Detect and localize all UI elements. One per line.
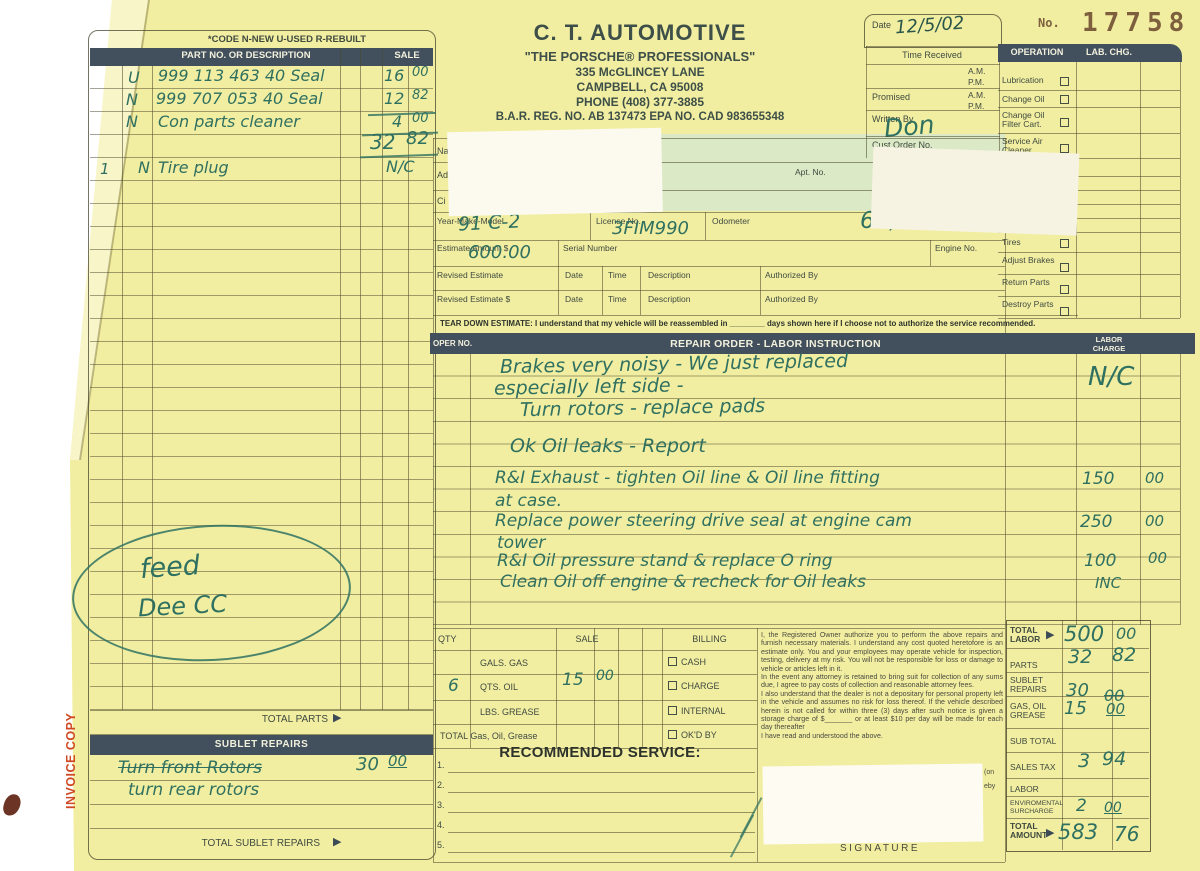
meta-line — [866, 136, 1000, 137]
license-value: 3FIM990 — [612, 218, 689, 239]
total-sublet-label: TOTAL SUBLET REPAIRS — [120, 838, 320, 849]
part-row-desc: 999 113 463 40 Seal — [158, 66, 325, 85]
gas-line — [433, 700, 757, 701]
totals-line — [1006, 818, 1149, 819]
arrow-icon: ▶ — [1046, 826, 1054, 839]
gas-row-item: LBS. GREASE — [480, 707, 540, 717]
repair-line-amount: 150 — [1082, 469, 1114, 489]
revised2-label: Revised Estimate $ — [437, 294, 510, 304]
operation-item: Change Oil Filter Cart. — [1002, 111, 1058, 128]
recommended-line-number: 4. — [437, 820, 445, 830]
terms-left-border — [757, 628, 758, 862]
repair-line-text: R&I Oil pressure stand & replace O ring — [497, 551, 833, 571]
date-col-label: Date — [565, 294, 583, 304]
totals-label-line: ENVIROMENTAL — [1010, 800, 1063, 807]
recommended-line — [448, 852, 755, 853]
customer-line — [433, 315, 1078, 316]
sublet-row-cents: 00 — [388, 752, 407, 770]
customer-line — [558, 240, 559, 266]
operation-grid-line — [998, 133, 1180, 134]
ink-stain — [1, 792, 22, 817]
repair-grid-line — [1140, 354, 1141, 625]
annotation-text-2: Dee CC — [137, 590, 227, 623]
part-row-desc: Con parts cleaner — [158, 112, 300, 131]
company-registration: B.A.R. REG. NO. AB 137473 EPA NO. CAD 98… — [400, 111, 880, 123]
operation-item: Tires — [1002, 238, 1058, 247]
billing-option-label: OK'D BY — [681, 730, 717, 740]
repair-line-amount: N/C — [1088, 362, 1134, 392]
customer-line — [602, 266, 603, 315]
terms-paragraph: I also understand that the dealer is not… — [761, 690, 1003, 732]
totals-label: SUBLETREPAIRS — [1010, 676, 1047, 694]
time-received-label: Time Received — [866, 50, 998, 60]
odometer-label: Odometer — [712, 216, 750, 226]
recommended-line-number: 2. — [437, 780, 445, 790]
recommended-line-number: 1. — [437, 760, 445, 770]
recommended-line — [448, 812, 755, 813]
recommended-line-number: 5. — [437, 840, 445, 850]
gas-line — [662, 628, 663, 748]
repair-line-text: R&I Exhaust - tighten Oil line & Oil lin… — [495, 468, 880, 488]
gas-row-qty: 6 — [448, 676, 459, 696]
repair-grid-line — [1076, 354, 1077, 625]
part-row-cents: 82 — [412, 88, 429, 103]
parts-header-desc: PART NO. OR DESCRIPTION — [152, 50, 340, 61]
totals-cents: 00 — [1106, 700, 1125, 718]
totals-label-line: AMOUNT — [1010, 830, 1047, 840]
invoice-number-prefix: No. — [1038, 16, 1060, 30]
operation-grid-line — [1180, 62, 1181, 318]
customer-line — [433, 290, 1005, 291]
arrow-icon: ▶ — [1046, 628, 1054, 641]
part-row-dollars: 12 — [384, 89, 404, 108]
scanned-invoice-page: *CODE N-NEW U-USED R-REBUILT PART NO. OR… — [0, 0, 1200, 871]
lab-chg-header-label: LAB. CHG. — [1078, 47, 1140, 57]
checkbox-icon — [668, 730, 677, 739]
totals-label-line: REPAIRS — [1010, 684, 1047, 694]
repair-line-text: Turn rotors - replace pads — [520, 395, 765, 421]
part-row-code: N — [126, 90, 138, 109]
totals-dollars: 500 — [1064, 622, 1104, 646]
gas-line — [433, 724, 757, 725]
billing-option-label: CASH — [681, 657, 706, 667]
repair-line-amount: INC — [1095, 574, 1121, 592]
terms-fragment: eby — [984, 783, 995, 790]
part-row-dollars: 16 — [384, 66, 404, 85]
estimate-value: 600.00 — [468, 242, 531, 263]
totals-label-line: SURCHARGE — [1010, 808, 1053, 815]
part-row-code: N — [126, 112, 138, 131]
labor-charge-label-2: CHARGE — [1080, 344, 1138, 353]
operation-header-label: OPERATION — [1000, 47, 1074, 57]
operation-grid-line — [998, 274, 1180, 275]
invoice-number: 17758 — [1082, 8, 1190, 38]
meta-line — [866, 88, 1000, 89]
totals-cents: 82 — [1112, 644, 1136, 666]
totals-line — [1006, 672, 1149, 673]
white-overlay-name-block — [447, 128, 663, 216]
totals-line — [1062, 620, 1063, 850]
parts-code-legend: *CODE N-NEW U-USED R-REBUILT — [140, 34, 434, 45]
part-row-dollars: N/C — [386, 157, 415, 176]
meta-line — [866, 46, 1000, 47]
part-row-qty: 1 — [100, 160, 110, 178]
gas-line — [433, 650, 757, 651]
apt-label: Apt. No. — [795, 167, 826, 177]
totals-dollars: 2 — [1076, 796, 1087, 816]
totals-cents: 00 — [1104, 800, 1122, 816]
checkbox-icon — [1060, 144, 1069, 153]
totals-dollars: 583 — [1058, 820, 1098, 844]
customer-line — [760, 266, 761, 315]
grid-line — [90, 828, 433, 829]
am-label: A.M. — [968, 66, 985, 76]
totals-label: SALES TAX — [1010, 762, 1056, 772]
repair-oper-no-label: OPER NO. — [433, 339, 473, 348]
operation-item: Change Oil — [1002, 95, 1058, 104]
part-row-desc: Tire plug — [158, 158, 229, 177]
repair-line-cents: 00 — [1145, 512, 1164, 530]
checkbox-icon — [1060, 118, 1069, 127]
part-row-desc: 999 707 053 40 Seal — [156, 89, 323, 108]
company-address: 335 McGLINCEY LANE — [440, 65, 840, 79]
parts-grid-line — [360, 48, 361, 710]
repair-title: REPAIR ORDER - LABOR INSTRUCTION — [478, 338, 1073, 350]
parts-subtotal-dollars: 32 — [370, 130, 395, 154]
customer-line — [930, 240, 931, 266]
gas-row-item: GALS. GAS — [480, 658, 528, 668]
operation-grid-line — [998, 107, 1180, 108]
billing-option: INTERNAL — [668, 706, 726, 716]
date-label: Date — [872, 20, 891, 30]
sublet-row-desc: turn rear rotors — [128, 780, 259, 800]
repair-line-text: tower — [497, 533, 545, 553]
totals-dollars: 3 — [1078, 750, 1090, 772]
gas-row-item: TOTAL Gas, Oil, Grease — [440, 731, 537, 741]
am-label: A.M. — [968, 90, 985, 100]
parts-subtotal-cents: 82 — [406, 128, 429, 149]
totals-label: GAS, OILGREASE — [1010, 702, 1046, 720]
invoice-copy-label: INVOICE COPY — [64, 684, 80, 809]
repair-line-text: Replace power steering drive seal at eng… — [495, 511, 912, 531]
operation-item: Destroy Parts — [1002, 300, 1058, 309]
operation-grid-line — [998, 296, 1180, 297]
checkbox-icon — [1060, 285, 1069, 294]
customer-line — [433, 266, 1005, 267]
meta-line — [866, 46, 867, 158]
serial-label: Serial Number — [563, 243, 617, 253]
arrow-icon: ▶ — [333, 835, 341, 848]
billing-option-label: INTERNAL — [681, 706, 726, 716]
sublet-row-dollars: 30 — [356, 754, 379, 775]
repair-grid-line — [470, 354, 471, 625]
labor-charge-label-1: LABOR — [1080, 335, 1138, 344]
totals-label: SUB TOTAL — [1010, 736, 1056, 746]
address-label: Ad — [437, 170, 448, 180]
recommended-line — [448, 772, 755, 773]
teardown-text: TEAR DOWN ESTIMATE: I understand that my… — [440, 319, 1080, 328]
terms-paragraph: I, the Registered Owner authorize you to… — [761, 631, 1003, 673]
time-col-label: Time — [608, 294, 627, 304]
white-overlay-operation-block — [871, 146, 1080, 235]
gas-row-item: QTS. OIL — [480, 682, 518, 692]
gas-line — [594, 628, 595, 748]
grid-line — [90, 710, 433, 711]
repair-line-text: Clean Oil off engine & recheck for Oil l… — [500, 572, 866, 592]
checkbox-icon — [1060, 239, 1069, 248]
customer-line — [590, 212, 591, 240]
terms-fragment: (on — [984, 769, 994, 776]
company-phone: PHONE (408) 377-3885 — [440, 95, 840, 109]
recommended-title: RECOMMENDED SERVICE: — [445, 744, 755, 761]
meta-line — [866, 64, 1000, 65]
time-col-label: Time — [608, 270, 627, 280]
billing-option: CHARGE — [668, 681, 720, 691]
arrow-icon: ▶ — [333, 711, 341, 724]
parts-header-sale: SALE — [382, 50, 432, 61]
billing-option-label: CHARGE — [681, 681, 720, 691]
repair-line-cents: 00 — [1145, 469, 1164, 487]
gas-line — [618, 628, 619, 748]
date-col-label: Date — [565, 270, 583, 280]
checkbox-icon — [668, 706, 677, 715]
recommended-line — [448, 832, 755, 833]
totals-label-line: GREASE — [1010, 710, 1045, 720]
operation-grid-line — [998, 252, 1180, 253]
description-col-label: Description — [648, 270, 691, 280]
billing-option: CASH — [668, 657, 706, 667]
customer-line — [705, 212, 706, 240]
repair-grid-line — [1180, 354, 1181, 625]
gas-header-billing: BILLING — [662, 634, 757, 644]
gas-line — [433, 628, 1005, 629]
city-label: Ci — [437, 196, 446, 206]
section-bottom-line — [433, 862, 1005, 863]
engine-label: Engine No. — [935, 243, 977, 253]
recommended-line — [448, 792, 755, 793]
terms-paragraph: In the event any attorney is retained to… — [761, 673, 1003, 690]
totals-cents: 94 — [1102, 748, 1126, 770]
totals-label-line: LABOR — [1010, 634, 1040, 644]
sublet-header-band: SUBLET REPAIRS — [90, 735, 433, 755]
checkbox-icon — [1060, 77, 1069, 86]
billing-option: OK'D BY — [668, 730, 717, 740]
gas-line — [556, 628, 557, 748]
revised-label: Revised Estimate — [437, 270, 503, 280]
promised-label: Promised — [872, 92, 910, 102]
company-city: CAMPBELL, CA 95008 — [440, 80, 840, 94]
meta-line — [999, 46, 1000, 158]
gas-row-cents: 00 — [596, 668, 614, 684]
totals-line — [1006, 778, 1149, 779]
totals-line — [1006, 728, 1149, 729]
annotation-text-1: feed — [139, 550, 201, 585]
gas-header-qty: QTY — [438, 634, 457, 644]
checkbox-icon — [668, 657, 677, 666]
company-name: C. T. AUTOMOTIVE — [440, 20, 840, 46]
checkbox-icon — [1060, 263, 1069, 272]
total-parts-label: TOTAL PARTS — [140, 714, 328, 725]
gas-line — [470, 628, 471, 748]
customer-line — [640, 266, 641, 315]
part-row-code: N — [138, 158, 150, 177]
totals-dollars: 15 — [1064, 698, 1087, 719]
checkbox-icon — [668, 681, 677, 690]
totals-label: TOTALLABOR — [1010, 626, 1040, 644]
sublet-row-desc: Turn front Rotors — [118, 758, 262, 778]
recommended-line-number: 3. — [437, 800, 445, 810]
pm-label: P.M. — [968, 77, 984, 87]
gas-line — [433, 674, 757, 675]
company-tagline: "THE PORSCHE® PROFESSIONALS" — [440, 49, 840, 64]
totals-cents: 00 — [1116, 624, 1136, 643]
operation-item: Return Parts — [1002, 278, 1058, 287]
customer-line — [433, 240, 1005, 241]
gas-line — [642, 628, 643, 748]
totals-dollars: 32 — [1068, 646, 1092, 668]
totals-label: LABOR — [1010, 784, 1039, 794]
repair-line-amount: 250 — [1080, 512, 1112, 532]
totals-label: PARTS — [1010, 660, 1038, 670]
description-col-label: Description — [648, 294, 691, 304]
customer-line — [558, 266, 559, 315]
grid-line — [90, 804, 433, 805]
repair-line-cents: 00 — [1148, 549, 1167, 567]
white-overlay-signature-block — [762, 763, 983, 844]
gas-header-sale: SALE — [556, 634, 618, 644]
authorized-col-label: Authorized By — [765, 294, 818, 304]
totals-label: ENVIROMENTALSURCHARGE — [1010, 800, 1063, 815]
operation-item: Lubrication — [1002, 76, 1058, 85]
repair-line-amount: 100 — [1084, 551, 1116, 571]
repair-line-text: Ok Oil leaks - Report — [510, 435, 706, 457]
totals-cents: 76 — [1114, 822, 1139, 846]
checkbox-icon — [1060, 95, 1069, 104]
operation-grid-line — [998, 90, 1180, 91]
grid-line — [90, 780, 433, 781]
part-row-cents: 00 — [412, 65, 429, 80]
part-row-code: U — [128, 68, 140, 87]
signature-label: SIGNATURE — [790, 843, 970, 854]
operation-item: Adjust Brakes — [1002, 256, 1058, 265]
terms-paragraph: I have read and understood the above. — [761, 732, 1003, 740]
terms-text-block: I, the Registered Owner authorize you to… — [761, 631, 1003, 740]
repair-line-text: at case. — [495, 491, 562, 511]
authorized-col-label: Authorized By — [765, 270, 818, 280]
gas-row-dollars: 15 — [562, 670, 584, 690]
totals-label: TOTALAMOUNT — [1010, 822, 1047, 840]
